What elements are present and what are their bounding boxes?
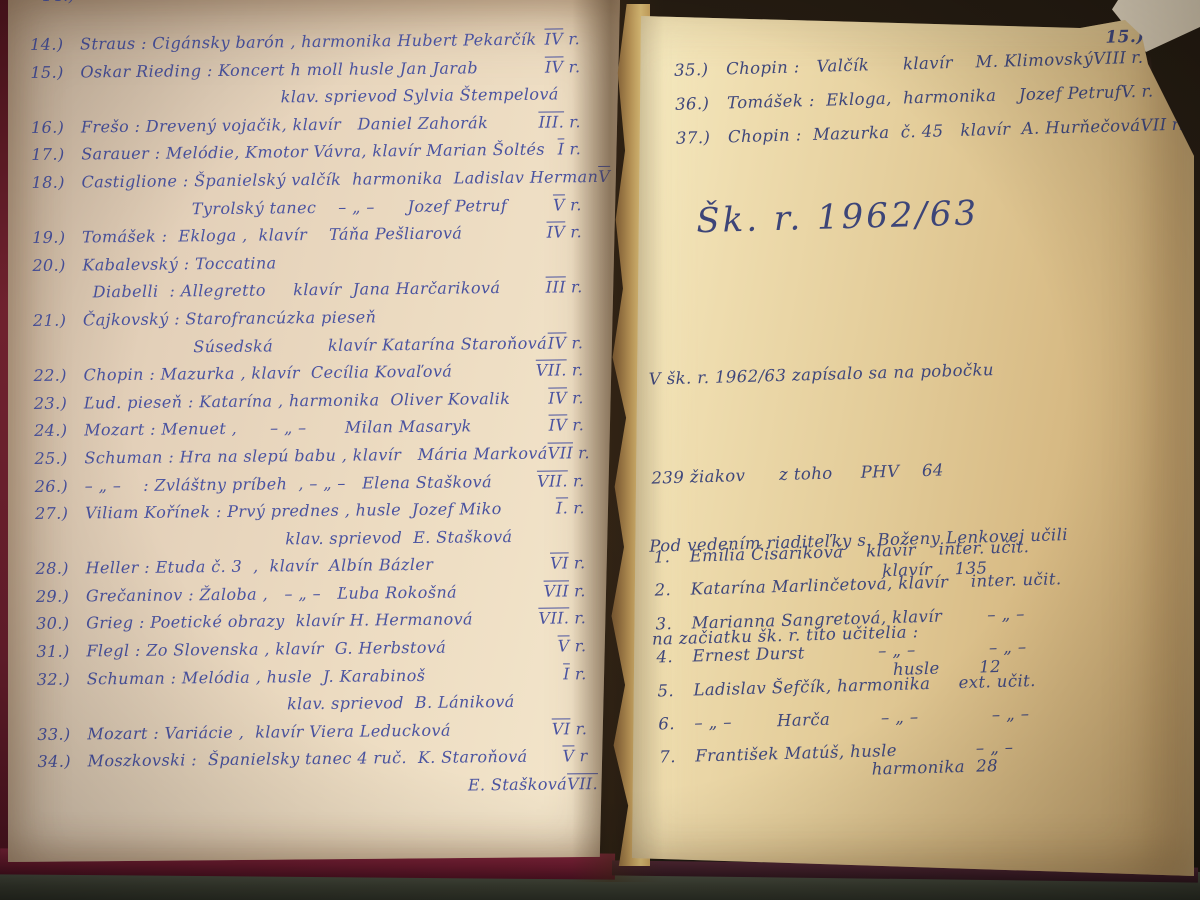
- grade: VIIr.: [1140, 107, 1194, 143]
- grade: IVr.: [544, 25, 596, 53]
- left-page: 14.) 14.)Straus : Cigánsky barón , harmo…: [8, 0, 620, 862]
- grade: VIr.: [552, 715, 604, 743]
- grade: III.r.: [538, 108, 597, 136]
- open-book-photo: 14.) 14.)Straus : Cigánsky barón , harmo…: [0, 0, 1200, 900]
- grade: VIIr.: [548, 439, 606, 467]
- grade: [577, 246, 598, 274]
- grade: IVr.: [546, 218, 598, 246]
- grade: Vr: [562, 742, 603, 770]
- left-page-text: 14.)Straus : Cigánsky barón , harmonika …: [30, 25, 604, 804]
- grade: Vr.: [598, 163, 620, 191]
- grade: Vr.: [553, 191, 598, 219]
- grade: IVr.: [548, 384, 600, 412]
- grade: VII.r.: [538, 604, 602, 632]
- grade: VII.r.: [537, 467, 601, 495]
- grade: [576, 80, 597, 108]
- grade: [580, 522, 601, 550]
- right-page: 15.) 35.)Chopin : Valčík klavír M. Klimo…: [628, 6, 1194, 884]
- teacher-list: 1.Emília Čisáriková klavír inter. učit. …: [653, 526, 1179, 774]
- grade: Ir.: [558, 135, 598, 163]
- grade: VII.r.: [567, 770, 620, 798]
- enrollment-line: V šk. r. 1962/63 zapísalo sa na pobočku: [648, 353, 994, 396]
- grade: V.r.: [1121, 74, 1170, 109]
- grade: IVr.: [548, 329, 600, 357]
- grade: VIr.: [550, 549, 602, 577]
- grade: I.r.: [556, 494, 601, 522]
- catalog-line: 25.)Schuman : Hra na slepú babu , klavír…: [34, 439, 600, 473]
- school-year-heading: Šk. r. 1962/63: [696, 193, 980, 241]
- grade: [578, 301, 599, 329]
- grade: Vr.: [558, 632, 603, 660]
- right-page-entries: 35.)Chopin : Valčík klavír M. KlimovskýV…: [674, 40, 1155, 155]
- grade: IVr.: [545, 53, 597, 81]
- grade: VII.r.: [536, 356, 600, 384]
- grade: IIIr.: [546, 273, 599, 301]
- grade: Ir.: [563, 660, 603, 688]
- grade: IVr.: [549, 411, 601, 439]
- grade: VIIr.: [544, 577, 602, 605]
- right-page-text: 15.) 35.)Chopin : Valčík klavír M. Klimo…: [628, 6, 1194, 884]
- catalog-line: 18.)Castiglione : Španielský valčík harm…: [31, 163, 597, 197]
- grade: [582, 687, 603, 715]
- left-page-number-partial: 14.): [42, 0, 75, 5]
